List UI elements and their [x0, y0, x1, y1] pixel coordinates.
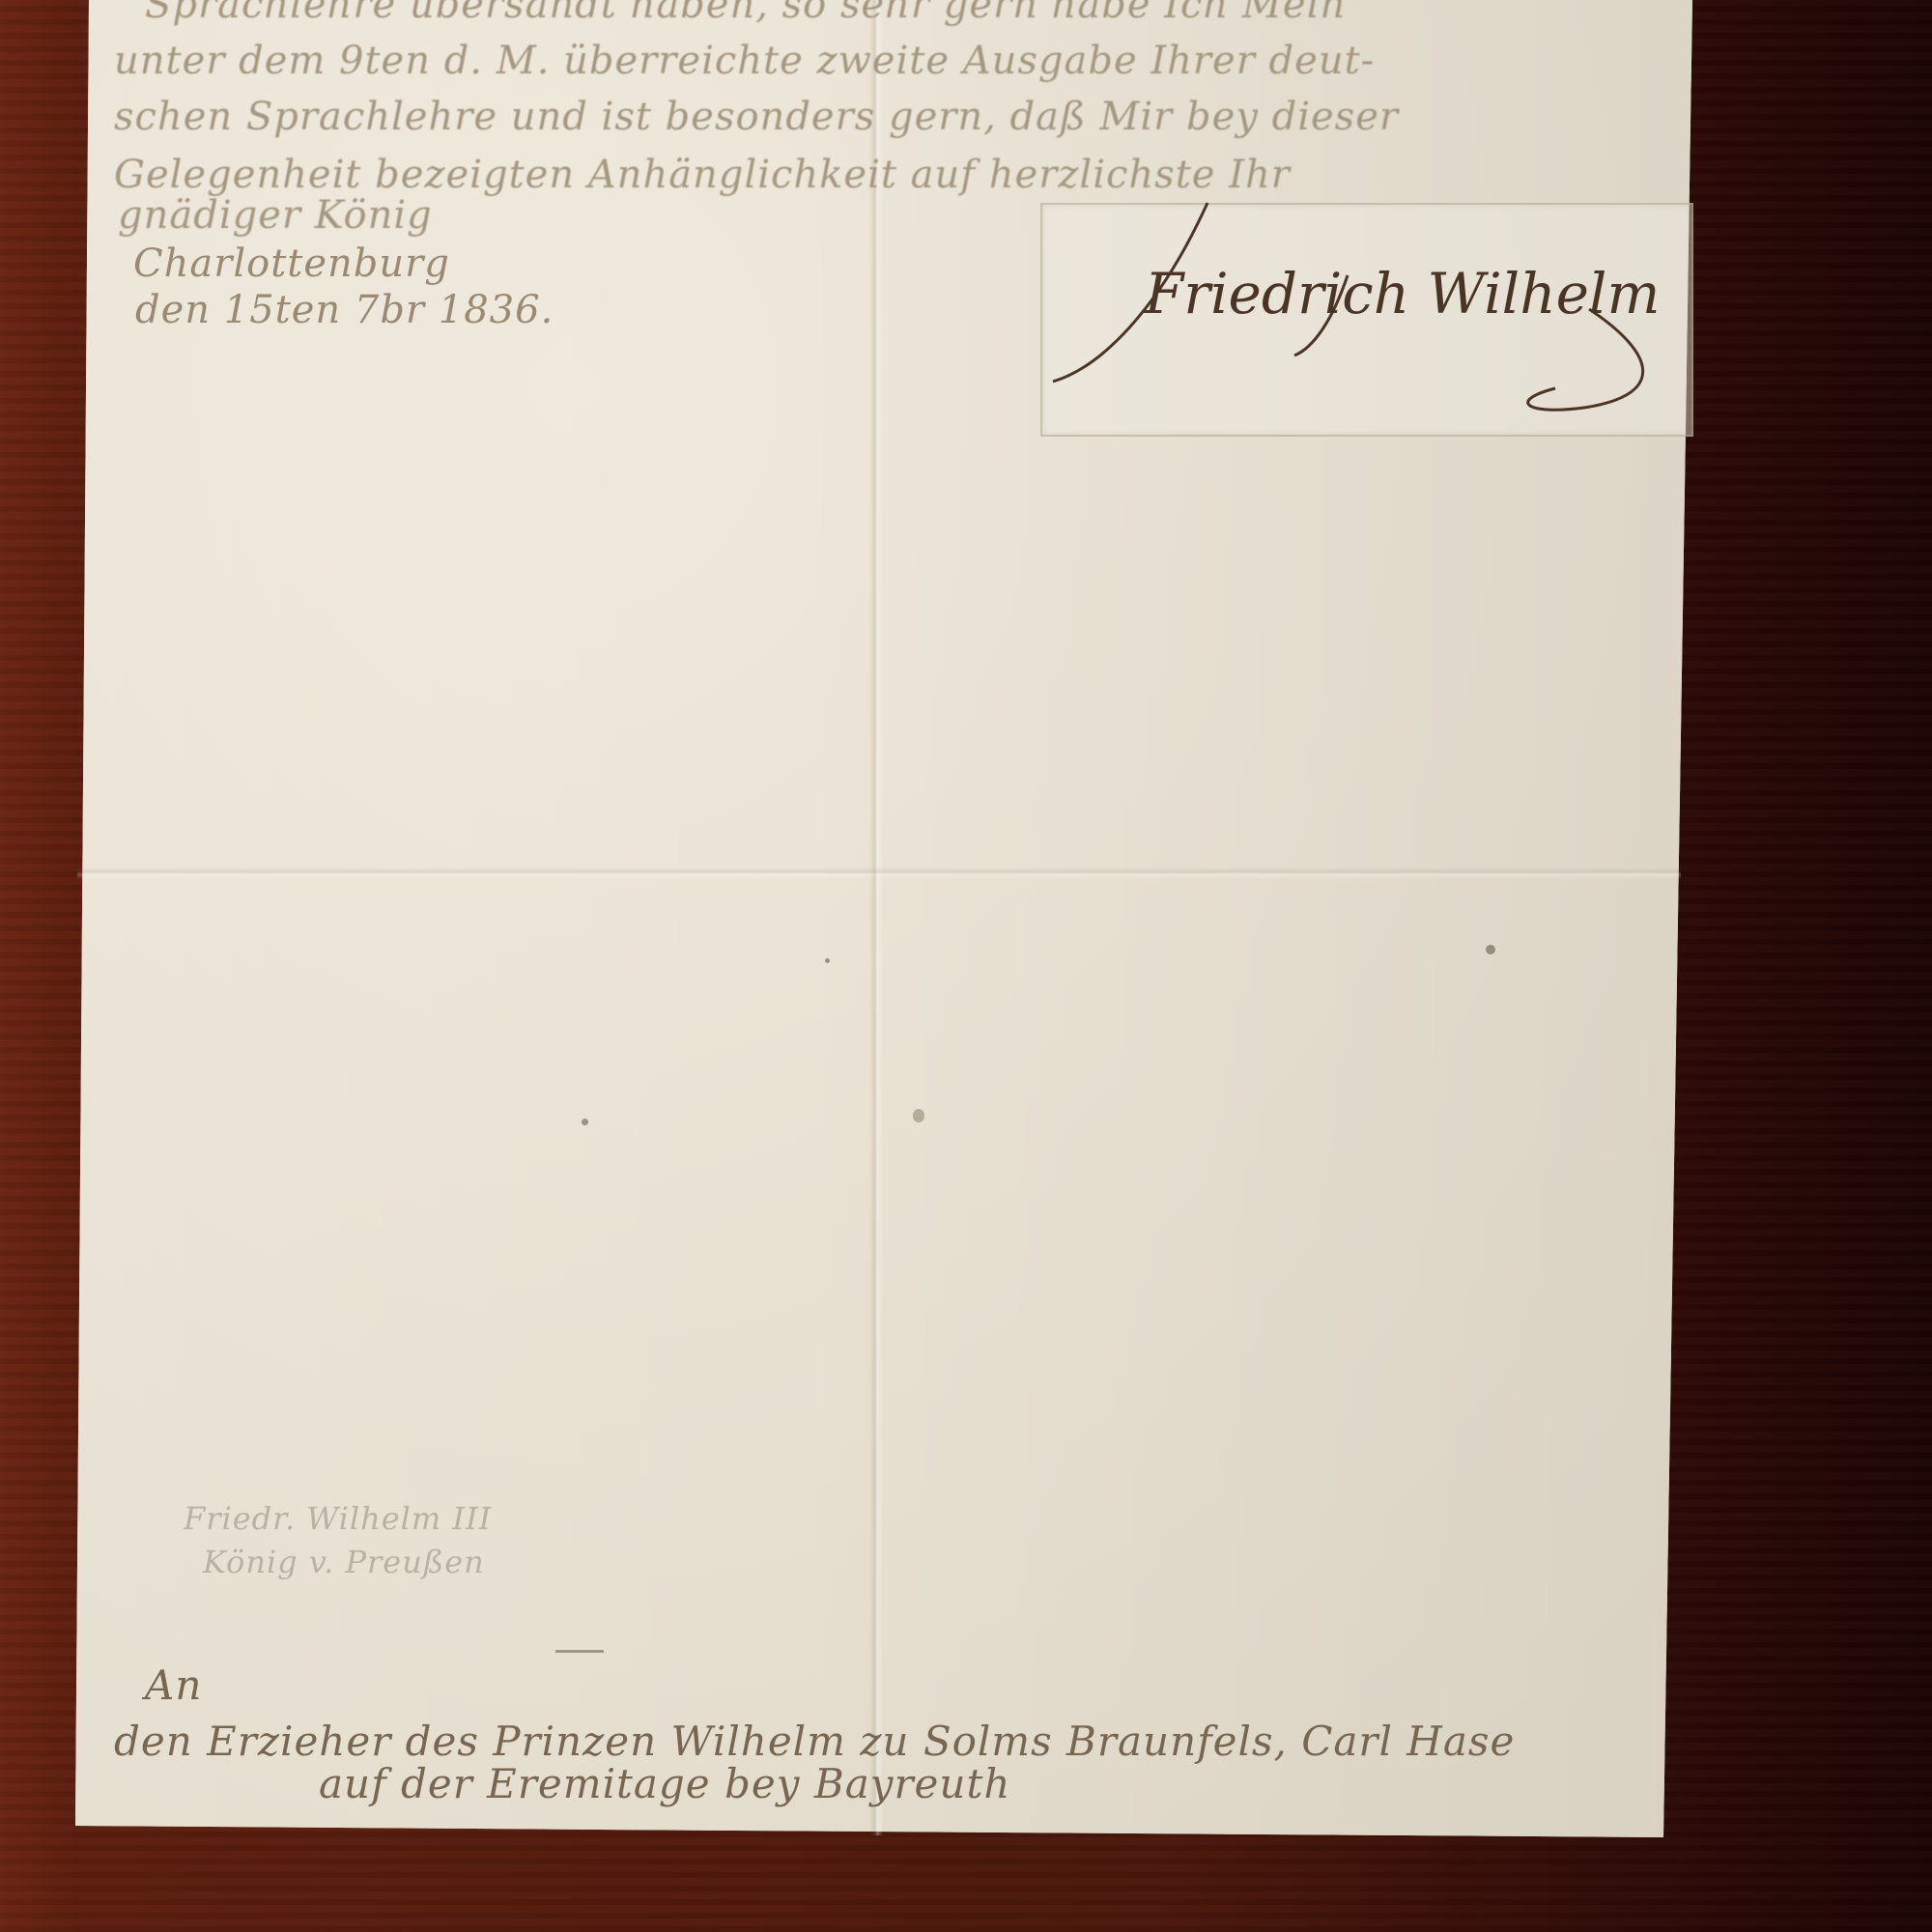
- royal-signature: Friedrich Wilhelm: [1145, 261, 1660, 327]
- letter-body-line: unter dem 9ten d. M. überreichte zweite …: [114, 39, 1375, 83]
- horizontal-fold-crease: [77, 867, 1681, 879]
- paper-spot: [913, 1109, 924, 1122]
- letter-body-line: Gelegenheit bezeigten Anhänglichkeit auf…: [114, 153, 1291, 197]
- pencil-annotation-line1: Friedr. Wilhelm III: [184, 1500, 492, 1537]
- letter-date: den 15ten 7br 1836.: [135, 288, 554, 332]
- address-line1: den Erzieher des Prinzen Wilhelm zu Solm…: [114, 1718, 1515, 1765]
- pencil-annotation-line2: König v. Preußen: [203, 1544, 485, 1580]
- letter-body-line: gnädiger König: [118, 193, 433, 238]
- address-salutation: An: [145, 1662, 202, 1709]
- letter-place: Charlottenburg: [133, 241, 450, 286]
- address-line2: auf der Eremitage bey Bayreuth: [319, 1760, 1010, 1807]
- paper-spot: [825, 958, 830, 963]
- vertical-fold-crease: [869, 0, 883, 1835]
- letter-body-line: Sprachlehre übersandt haben, so sehr ger…: [145, 0, 1346, 27]
- separator-dash: [555, 1650, 604, 1653]
- paper-spot: [582, 1119, 588, 1125]
- paper-spot: [1486, 945, 1495, 954]
- letter-body-line: schen Sprachlehre und ist besonders gern…: [114, 95, 1399, 139]
